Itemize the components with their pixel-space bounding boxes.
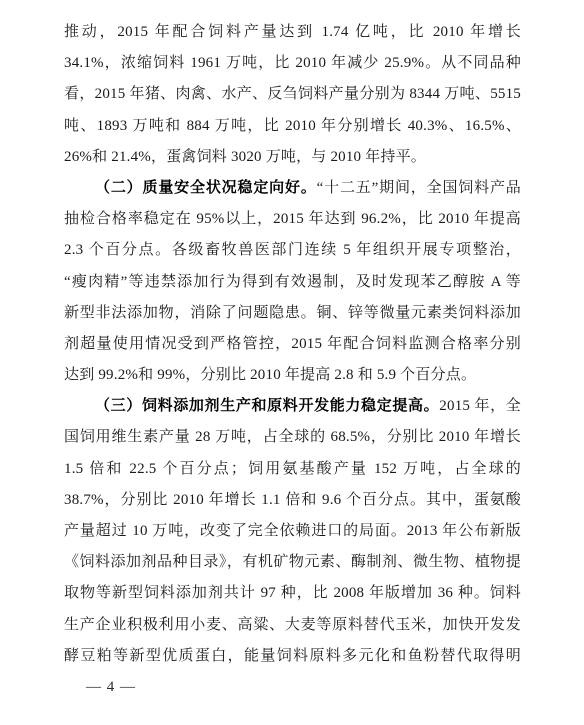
text-line: 新型非法添加物，消除了问题隐患。铜、锌等微量元素类饲料添加 (64, 298, 521, 329)
line-text: 抽检合格率稳定在 95%以上，2015 年达到 96.2%，比 2010 年提高 (64, 211, 521, 227)
document-page: 推动，2015 年配合饲料产量达到 1.74 亿吨，比 2010 年增长34.1… (0, 0, 584, 725)
line-text: 达到 99.2%和 99%，分别比 2010 年提高 2.8 和 5.9 个百分… (64, 367, 476, 383)
line-text: 吨、1893 万吨和 884 万吨，比 2010 年分别增长 40.3%、16.… (64, 118, 521, 134)
text-line: 2.3 个百分点。各级畜牧兽医部门连续 5 年组织开展专项整治， (64, 235, 521, 266)
text-line: 酵豆粕等新型优质蛋白，能量饲料原料多元化和鱼粉替代取得明 (64, 641, 521, 672)
line-text: “瘦肉精”等违禁添加行为得到有效遏制，及时发现苯乙醇胺 A 等 (64, 274, 521, 290)
text-line: 1.5 倍和 22.5 个百分点；饲用氨基酸产量 152 万吨，占全球的 (64, 454, 521, 485)
line-text: 34.1%，浓缩饲料 1961 万吨，比 2010 年减少 25.9%。从不同品… (64, 55, 521, 71)
text-line: 《饲料添加剂品种目录》，有机矿物元素、酶制剂、微生物、植物提 (64, 547, 521, 578)
line-text: 生产企业积极利用小麦、高粱、大麦等原料替代玉米，加快开发发 (64, 617, 521, 633)
line-text: “十二五”期间，全国饲料产品 (317, 180, 521, 196)
line-text: 推动，2015 年配合饲料产量达到 1.74 亿吨，比 2010 年增长 (64, 24, 521, 40)
section-heading: （三）饲料添加剂生产和原料开发能力稳定提高。 (95, 398, 439, 414)
page-number: — 4 — (86, 676, 136, 698)
text-line: 产量超过 10 万吨，改变了完全依赖进口的局面。2013 年公布新版 (64, 516, 521, 547)
text-line: 34.1%，浓缩饲料 1961 万吨，比 2010 年减少 25.9%。从不同品… (64, 48, 521, 79)
line-text: 产量超过 10 万吨，改变了完全依赖进口的局面。2013 年公布新版 (64, 523, 521, 539)
text-line: 吨、1893 万吨和 884 万吨，比 2010 年分别增长 40.3%、16.… (64, 111, 521, 142)
text-line: 国饲用维生素产量 28 万吨，占全球的 68.5%，分别比 2010 年增长 (64, 422, 521, 453)
text-line: 38.7%，分别比 2010 年增长 1.1 倍和 9.6 个百分点。其中，蛋氨… (64, 485, 521, 516)
line-text: 新型非法添加物，消除了问题隐患。铜、锌等微量元素类饲料添加 (64, 305, 521, 321)
line-text: 2.3 个百分点。各级畜牧兽医部门连续 5 年组织开展专项整治， (64, 242, 521, 258)
text-line: （二）质量安全状况稳定向好。“十二五”期间，全国饲料产品 (64, 173, 521, 204)
text-line: 剂超量使用情况受到严格管控，2015 年配合饲料监测合格率分别 (64, 329, 521, 360)
text-line: 生产企业积极利用小麦、高粱、大麦等原料替代玉米，加快开发发 (64, 610, 521, 641)
line-text: 38.7%，分别比 2010 年增长 1.1 倍和 9.6 个百分点。其中，蛋氨… (64, 492, 521, 508)
text-line: 26%和 21.4%，蛋禽饲料 3020 万吨，与 2010 年持平。 (64, 142, 521, 173)
line-text: 酵豆粕等新型优质蛋白，能量饲料原料多元化和鱼粉替代取得明 (64, 648, 521, 664)
line-text: 26%和 21.4%，蛋禽饲料 3020 万吨，与 2010 年持平。 (64, 149, 426, 165)
line-text: 剂超量使用情况受到严格管控，2015 年配合饲料监测合格率分别 (64, 336, 521, 352)
section-heading: （二）质量安全状况稳定向好。 (95, 180, 317, 196)
text-line: 推动，2015 年配合饲料产量达到 1.74 亿吨，比 2010 年增长 (64, 17, 521, 48)
document-body: 推动，2015 年配合饲料产量达到 1.74 亿吨，比 2010 年增长34.1… (64, 17, 521, 672)
text-line: 抽检合格率稳定在 95%以上，2015 年达到 96.2%，比 2010 年提高 (64, 204, 521, 235)
line-text: 1.5 倍和 22.5 个百分点；饲用氨基酸产量 152 万吨，占全球的 (64, 461, 521, 477)
text-line: 达到 99.2%和 99%，分别比 2010 年提高 2.8 和 5.9 个百分… (64, 360, 521, 391)
text-line: （三）饲料添加剂生产和原料开发能力稳定提高。2015 年，全 (64, 391, 521, 422)
line-text: 2015 年，全 (439, 398, 521, 414)
line-text: 国饲用维生素产量 28 万吨，占全球的 68.5%，分别比 2010 年增长 (64, 429, 521, 445)
text-line: 取物等新型饲料添加剂共计 97 种，比 2008 年版增加 36 种。饲料 (64, 578, 521, 609)
line-text: 取物等新型饲料添加剂共计 97 种，比 2008 年版增加 36 种。饲料 (64, 585, 521, 601)
line-text: 看，2015 年猪、肉禽、水产、反刍饲料产量分别为 8344 万吨、5515 万 (64, 86, 521, 110)
text-line: “瘦肉精”等违禁添加行为得到有效遏制，及时发现苯乙醇胺 A 等 (64, 267, 521, 298)
text-line: 看，2015 年猪、肉禽、水产、反刍饲料产量分别为 8344 万吨、5515 万 (64, 79, 521, 110)
line-text: 《饲料添加剂品种目录》，有机矿物元素、酶制剂、微生物、植物提 (64, 554, 521, 570)
